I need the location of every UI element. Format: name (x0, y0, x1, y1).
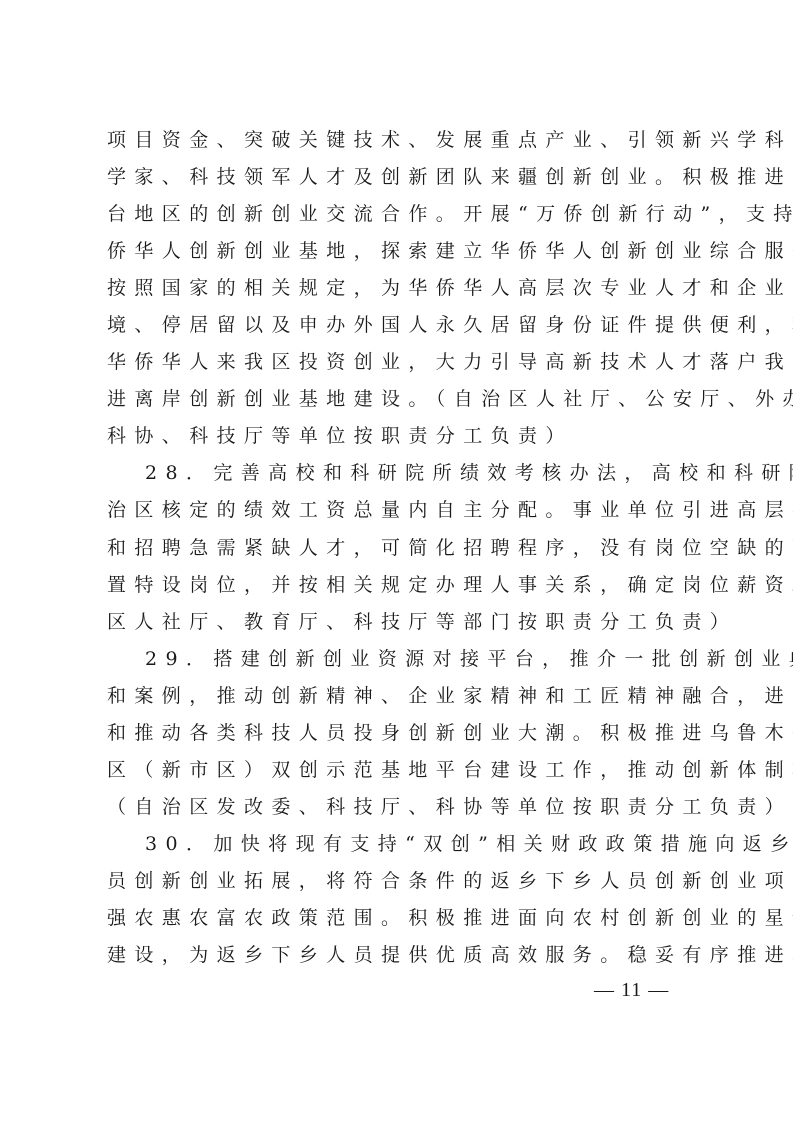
text-line: 区（新市区）双创示范基地平台建设工作，推动创新体制机制改革。 (107, 756, 707, 784)
text-line-last: 建设，为返乡下乡人员提供优质高效服务。稳妥有序推进农村土 (107, 941, 707, 969)
text-line: 和推动各类科技人员投身创新创业大潮。积极推进乌鲁木齐高新 (107, 719, 707, 747)
document-page: 项目资金、突破关键技术、发展重点产业、引领新兴学科的战略科 学家、科技领军人才及… (0, 0, 793, 1122)
text-line: 置特设岗位，并按相关规定办理人事关系，确定岗位薪资。（自治 (107, 571, 707, 599)
text-line: 境、停居留以及申办外国人永久居留身份证件提供便利，积极推动 (107, 311, 707, 339)
text-line: 台地区的创新创业交流合作。开展“万侨创新行动”，支持建设华 (107, 200, 707, 228)
text-line: 和招聘急需紧缺人才，可简化招聘程序，没有岗位空缺的可申请设 (107, 534, 707, 562)
paragraph-30-start: 30．加快将现有支持“双创”相关财政政策措施向返乡下乡人 (145, 830, 745, 858)
text-line: 进离岸创新创业基地建设。（自治区人社厅、公安厅、外办（侨办）、 (107, 385, 707, 413)
text-line: 和案例，推动创新精神、企业家精神和工匠精神融合，进一步引导 (107, 682, 707, 710)
text-line: 区人社厅、教育厅、科技厅等部门按职责分工负责） (107, 608, 707, 636)
text-line: 侨华人创新创业基地，探索建立华侨华人创新创业综合服务体系， (107, 237, 707, 265)
paragraph-29-start: 29．搭建创新创业资源对接平台，推介一批创新创业典型人物 (145, 645, 745, 673)
text-line: 项目资金、突破关键技术、发展重点产业、引领新兴学科的战略科 (107, 126, 707, 154)
text-line: 学家、科技领军人才及创新团队来疆创新创业。积极推进同港澳 (107, 163, 707, 191)
text-line: 华侨华人来我区投资创业，大力引导高新技术人才落户我区。推 (107, 348, 707, 376)
text-line: 员创新创业拓展，将符合条件的返乡下乡人员创新创业项目纳入 (107, 867, 707, 895)
text-line: 治区核定的绩效工资总量内自主分配。事业单位引进高层次人员 (107, 496, 707, 524)
text-line: （自治区发改委、科技厅、科协等单位按职责分工负责） (107, 793, 707, 821)
text-line: 科协、科技厅等单位按职责分工负责） (107, 422, 707, 450)
paragraph-28-start: 28．完善高校和科研院所绩效考核办法，高校和科研院所在自 (145, 459, 745, 487)
page-number: — 11 — (594, 976, 669, 1004)
text-line: 强农惠农富农政策范围。积极推进面向农村创新创业的星创天地 (107, 904, 707, 932)
text-line: 按照国家的相关规定，为华侨华人高层次专业人才和企业家出入 (107, 274, 707, 302)
